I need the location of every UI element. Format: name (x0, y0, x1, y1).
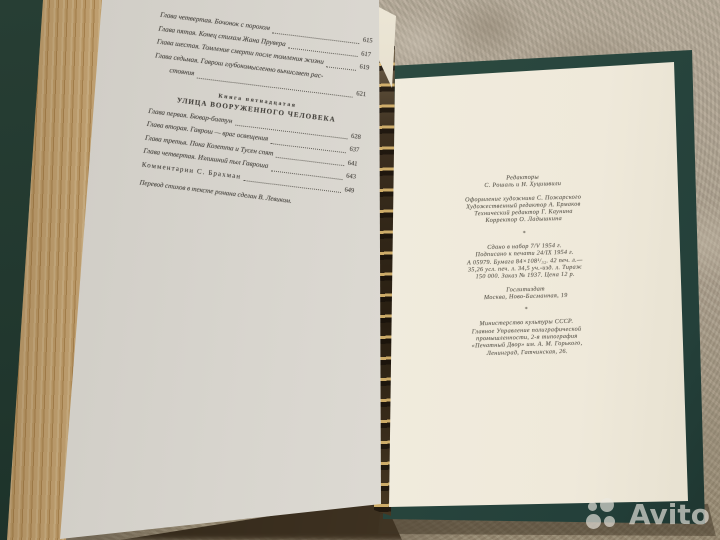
avito-wordmark: Avito (629, 501, 710, 529)
toc-item-page-number: 649 (344, 183, 355, 198)
colophon-block: * (435, 304, 617, 316)
colophon-block: Министерство культуры СССР.Главное Управ… (435, 317, 618, 358)
table-of-contents: Глава четвертая. Бочонок с порохом 615 Г… (139, 9, 373, 214)
toc-item-page-number: 615 (362, 34, 373, 49)
colophon-block: * (433, 227, 615, 239)
colophon: РедакторыС. Рошаль и Н. ХуцишвилиОформле… (432, 172, 619, 365)
toc-item-page-number: 617 (360, 47, 371, 62)
avito-logo-icon (586, 498, 622, 532)
avito-watermark: Avito (586, 498, 710, 532)
toc-item-page-number: 641 (347, 156, 358, 171)
photo-open-book: Глава четвертая. Бочонок с порохом 615 Г… (0, 0, 720, 540)
toc-item-label: стояния (169, 64, 196, 80)
colophon-block: Сдано в набор 7/V 1954 г.Подписано к печ… (433, 241, 616, 282)
colophon-line: * (435, 304, 617, 316)
toc-section: Книга пятнадцатая УЛИЦА ВООРУЖЕННОГО ЧЕЛ… (141, 85, 364, 198)
toc-item-page-number: 621 (355, 87, 366, 102)
toc-item-page-number: 619 (359, 60, 370, 75)
colophon-line: * (433, 227, 615, 239)
toc-item-page-number: 628 (350, 129, 361, 144)
colophon-block: Оформление художника С. ПожарскогоХудоже… (432, 192, 615, 226)
toc-item-page-number: 637 (349, 143, 360, 158)
colophon-block: РедакторыС. Рошаль и Н. Хуцишвили (432, 172, 614, 191)
colophon-block: ГослитиздатМосква, Ново-Басманная, 19 (434, 283, 616, 302)
dot-leader (244, 180, 342, 193)
toc-item-page-number: 643 (345, 170, 356, 185)
